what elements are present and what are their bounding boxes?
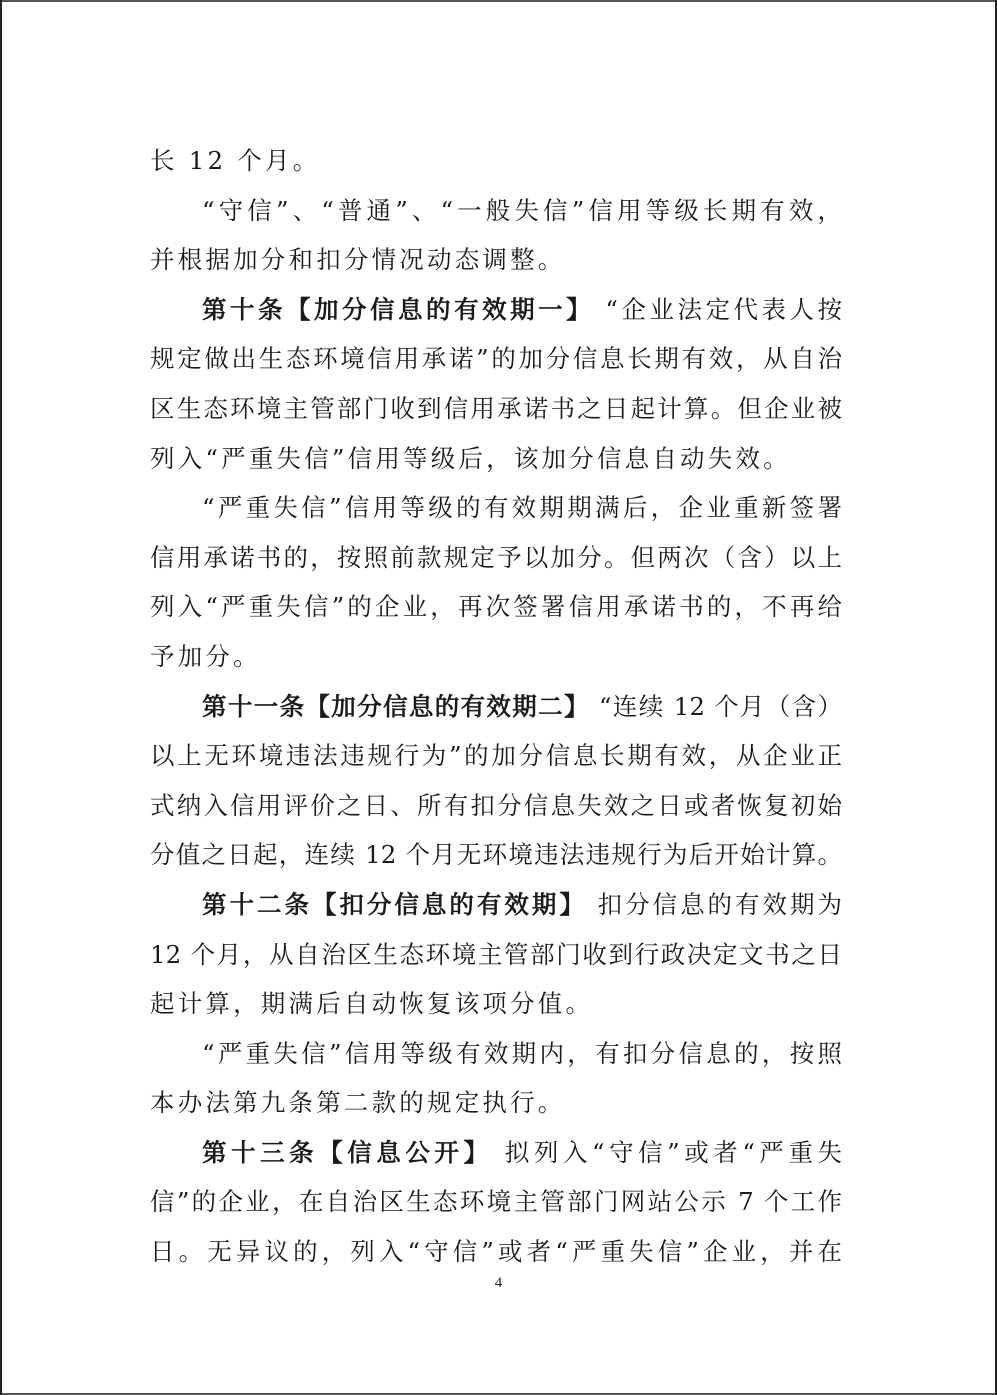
text-line: 区生态环境主管部门收到信用承诺书之日起计算。但企业被 <box>150 384 842 434</box>
text-line: 本办法第九条第二款的规定执行。 <box>150 1078 842 1128</box>
text-line: “守信”、“普通”、“一般失信”信用等级长期有效， <box>150 186 842 236</box>
line-text: 日。无异议的，列入“守信”或者“严重失信”企业，并在 <box>150 1237 842 1266</box>
line-text: 以上无环境违法违规行为”的加分信息长期有效，从企业正 <box>150 741 842 770</box>
text-line: 信”的企业，在自治区生态环境主管部门网站公示 7 个工作 <box>150 1177 842 1227</box>
line-text: 信用承诺书的，按照前款规定予以加分。但两次（含）以上 <box>150 543 842 572</box>
text-line: 12 个月，从自治区生态环境主管部门收到行政决定文书之日 <box>150 930 842 980</box>
line-text: 规定做出生态环境信用承诺”的加分信息长期有效，从自治 <box>150 344 842 373</box>
line-text: “连续 12 个月（含） <box>599 692 842 721</box>
line-text: “严重失信”信用等级的有效期期满后，企业重新签署 <box>202 493 842 522</box>
line-text: 本办法第九条第二款的规定执行。 <box>150 1088 566 1117</box>
scan-edge-left <box>0 0 2 1395</box>
text-line: “严重失信”信用等级有效期内，有扣分信息的，按照 <box>150 1029 842 1079</box>
page-number: 4 <box>0 1275 997 1292</box>
line-text: 列入“严重失信”的企业，再次签署信用承诺书的，不再给 <box>150 592 842 621</box>
text-line: “严重失信”信用等级的有效期期满后，企业重新签署 <box>150 483 842 533</box>
text-line: 日。无异议的，列入“守信”或者“严重失信”企业，并在 <box>150 1227 842 1277</box>
text-line: 式纳入信用评价之日、所有扣分信息失效之日或者恢复初始 <box>150 781 842 831</box>
line-text: 式纳入信用评价之日、所有扣分信息失效之日或者恢复初始 <box>150 791 842 820</box>
text-line: 列入“严重失信”的企业，再次签署信用承诺书的，不再给 <box>150 582 842 632</box>
line-text: “守信”、“普通”、“一般失信”信用等级长期有效， <box>202 196 842 225</box>
line-text: 长 12 个月。 <box>150 146 320 175</box>
article-title: 第十一条【加分信息的有效期二】 <box>202 692 590 721</box>
article-title: 第十条【加分信息的有效期一】 <box>202 295 594 324</box>
text-line: 予加分。 <box>150 632 842 682</box>
text-line: 分值之日起，连续 12 个月无环境违法违规行为后开始计算。 <box>150 830 842 880</box>
text-line: 列入“严重失信”信用等级后，该加分信息自动失效。 <box>150 434 842 484</box>
line-text: 并根据加分和扣分情况动态调整。 <box>150 245 566 274</box>
text-line: 并根据加分和扣分情况动态调整。 <box>150 235 842 285</box>
article-heading-line: 第十条【加分信息的有效期一】 “企业法定代表人按 <box>150 285 842 335</box>
line-text: 区生态环境主管部门收到信用承诺书之日起计算。但企业被 <box>150 394 842 423</box>
text-line: 信用承诺书的，按照前款规定予以加分。但两次（含）以上 <box>150 533 842 583</box>
document-body: 长 12 个月。“守信”、“普通”、“一般失信”信用等级长期有效，并根据加分和扣… <box>150 136 842 1277</box>
article-heading-line: 第十三条【信息公开】 拟列入“守信”或者“严重失 <box>150 1128 842 1178</box>
line-text: 分值之日起，连续 12 个月无环境违法违规行为后开始计算。 <box>150 840 842 869</box>
line-text: 扣分信息的有效期为 <box>598 890 842 919</box>
article-title: 第十三条【信息公开】 <box>202 1138 493 1167</box>
line-text: 起计算，期满后自动恢复该项分值。 <box>150 989 593 1018</box>
text-line: 规定做出生态环境信用承诺”的加分信息长期有效，从自治 <box>150 334 842 384</box>
scan-edge-top <box>0 0 997 2</box>
line-text: 信”的企业，在自治区生态环境主管部门网站公示 7 个工作 <box>150 1187 842 1216</box>
article-title: 第十二条【扣分信息的有效期】 <box>202 890 587 919</box>
article-heading-line: 第十二条【扣分信息的有效期】 扣分信息的有效期为 <box>150 880 842 930</box>
line-text: 12 个月，从自治区生态环境主管部门收到行政决定文书之日 <box>150 940 842 969</box>
line-text: “严重失信”信用等级有效期内，有扣分信息的，按照 <box>202 1039 842 1068</box>
line-text: “企业法定代表人按 <box>605 295 842 324</box>
text-line: 起计算，期满后自动恢复该项分值。 <box>150 979 842 1029</box>
text-line: 以上无环境违法违规行为”的加分信息长期有效，从企业正 <box>150 731 842 781</box>
article-heading-line: 第十一条【加分信息的有效期二】 “连续 12 个月（含） <box>150 682 842 732</box>
line-text: 列入“严重失信”信用等级后，该加分信息自动失效。 <box>150 444 791 473</box>
line-text: 拟列入“守信”或者“严重失 <box>505 1138 842 1167</box>
line-text: 予加分。 <box>150 642 261 671</box>
text-line: 长 12 个月。 <box>150 136 842 186</box>
